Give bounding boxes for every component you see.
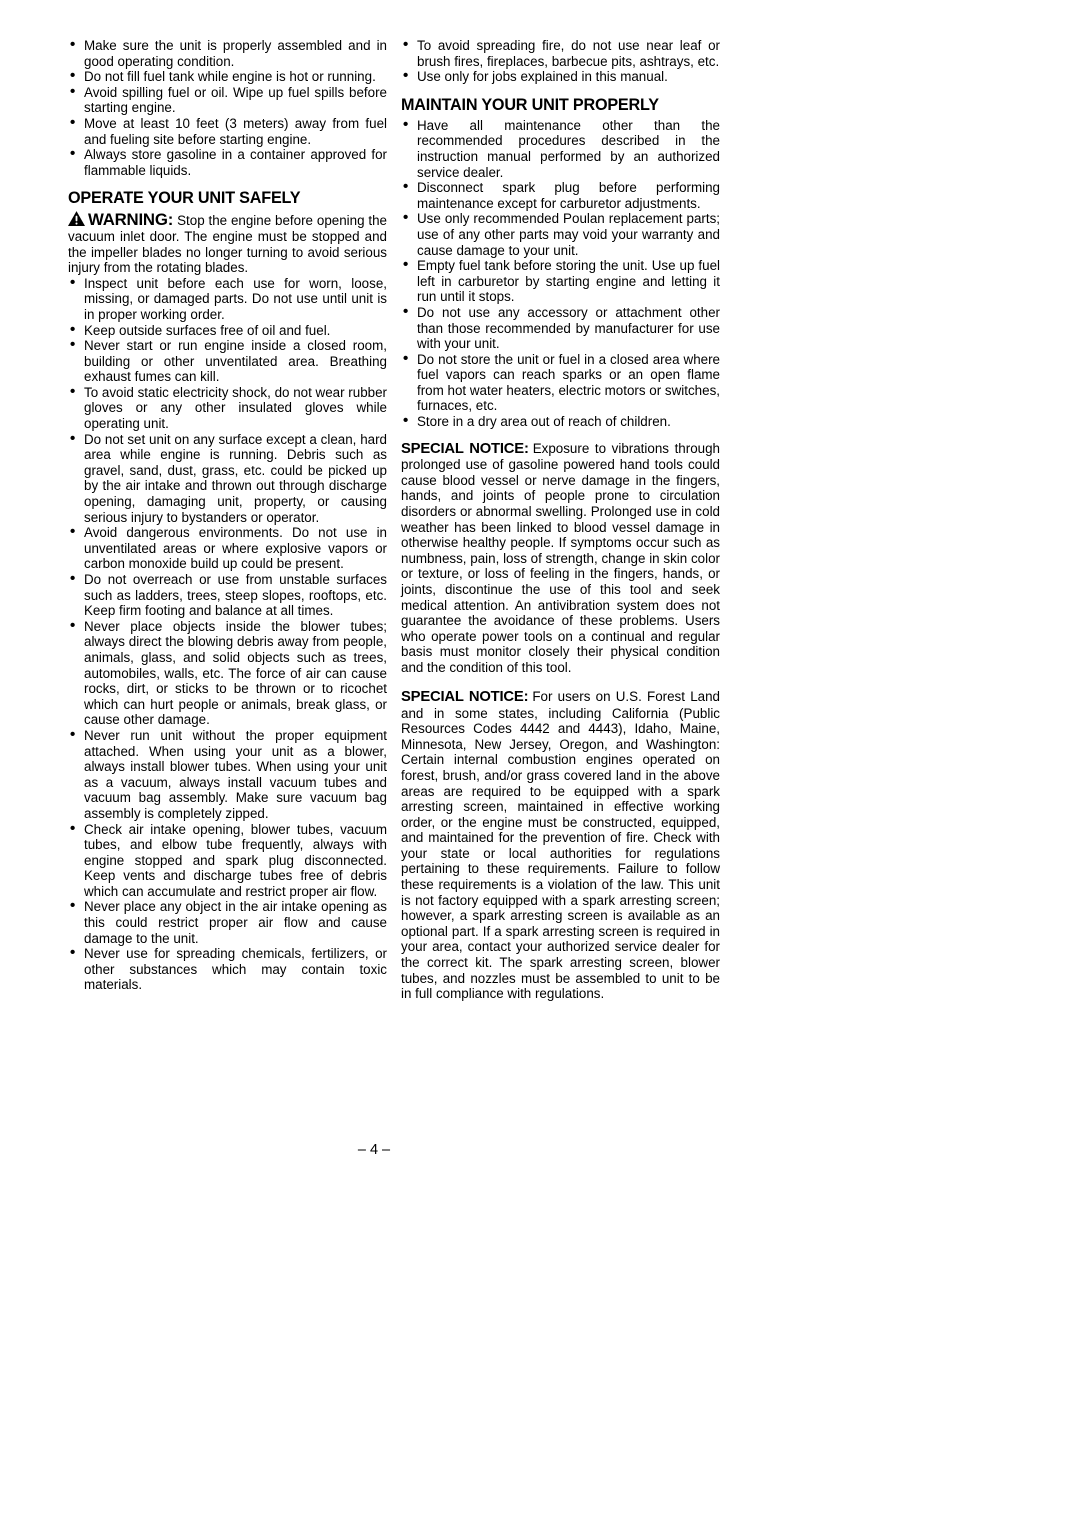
operate-safety-list: Inspect unit before each use for worn, l… bbox=[68, 276, 387, 993]
list-item: Never place any object in the air intake… bbox=[68, 899, 387, 946]
list-item: Move at least 10 feet (3 meters) away fr… bbox=[68, 116, 387, 147]
list-item: Make sure the unit is properly assembled… bbox=[68, 38, 387, 69]
warning-triangle-icon bbox=[68, 211, 85, 229]
special-notice-label: SPECIAL NOTICE: bbox=[401, 689, 528, 705]
list-item: Never place objects inside the blower tu… bbox=[68, 619, 387, 728]
special-notice-text: Exposure to vibrations through prolonged… bbox=[401, 441, 720, 675]
list-item: Store in a dry area out of reach of chil… bbox=[401, 414, 720, 430]
maintain-list: Have all maintenance other than the reco… bbox=[401, 118, 720, 430]
list-item: Keep outside surfaces free of oil and fu… bbox=[68, 323, 387, 339]
list-item: Check air intake opening, blower tubes, … bbox=[68, 822, 387, 900]
list-item: Empty fuel tank before storing the unit.… bbox=[401, 258, 720, 305]
list-item: Always store gasoline in a container app… bbox=[68, 147, 387, 178]
list-item: Avoid dangerous environments. Do not use… bbox=[68, 525, 387, 572]
page-content: Make sure the unit is properly assembled… bbox=[68, 38, 720, 1015]
special-notice-text: For users on U.S. Forest Land and in som… bbox=[401, 689, 720, 1001]
warning-paragraph: WARNING:Stop the engine before opening t… bbox=[68, 211, 387, 275]
list-item: Never start or run engine inside a close… bbox=[68, 338, 387, 385]
list-item: To avoid spreading fire, do not use near… bbox=[401, 38, 720, 69]
warning-label: WARNING: bbox=[88, 210, 173, 229]
special-notice-vibration: SPECIAL NOTICE:Exposure to vibrations th… bbox=[401, 441, 720, 676]
section-heading-operate: OPERATE YOUR UNIT SAFELY bbox=[68, 189, 387, 208]
section-heading-maintain: MAINTAIN YOUR UNIT PROPERLY bbox=[401, 96, 720, 115]
list-item: Use only for jobs explained in this manu… bbox=[401, 69, 720, 85]
right-column: To avoid spreading fire, do not use near… bbox=[401, 38, 720, 1015]
fuel-safety-list: Make sure the unit is properly assembled… bbox=[68, 38, 387, 178]
list-item: Do not overreach or use from unstable su… bbox=[68, 572, 387, 619]
list-item: Never use for spreading chemicals, ferti… bbox=[68, 946, 387, 993]
special-notice-label: SPECIAL NOTICE: bbox=[401, 441, 529, 457]
list-item: Do not fill fuel tank while engine is ho… bbox=[68, 69, 387, 85]
list-item: Use only recommended Poulan replacement … bbox=[401, 211, 720, 258]
left-column: Make sure the unit is properly assembled… bbox=[68, 38, 387, 1015]
list-item: Do not store the unit or fuel in a close… bbox=[401, 352, 720, 414]
list-item: Disconnect spark plug before performing … bbox=[401, 180, 720, 211]
list-item: Never run unit without the proper equipm… bbox=[68, 728, 387, 822]
list-item: Have all maintenance other than the reco… bbox=[401, 118, 720, 180]
manual-page: Make sure the unit is properly assembled… bbox=[0, 0, 1080, 1526]
page-number: – 4 – bbox=[48, 1142, 700, 1158]
list-item: Do not set unit on any surface except a … bbox=[68, 432, 387, 526]
list-item: Do not use any accessory or attachment o… bbox=[401, 305, 720, 352]
list-item: To avoid static electricity shock, do no… bbox=[68, 385, 387, 432]
list-item: Inspect unit before each use for worn, l… bbox=[68, 276, 387, 323]
special-notice-spark-arrestor: SPECIAL NOTICE:For users on U.S. Forest … bbox=[401, 689, 720, 1002]
fire-safety-list: To avoid spreading fire, do not use near… bbox=[401, 38, 720, 85]
list-item: Avoid spilling fuel or oil. Wipe up fuel… bbox=[68, 85, 387, 116]
